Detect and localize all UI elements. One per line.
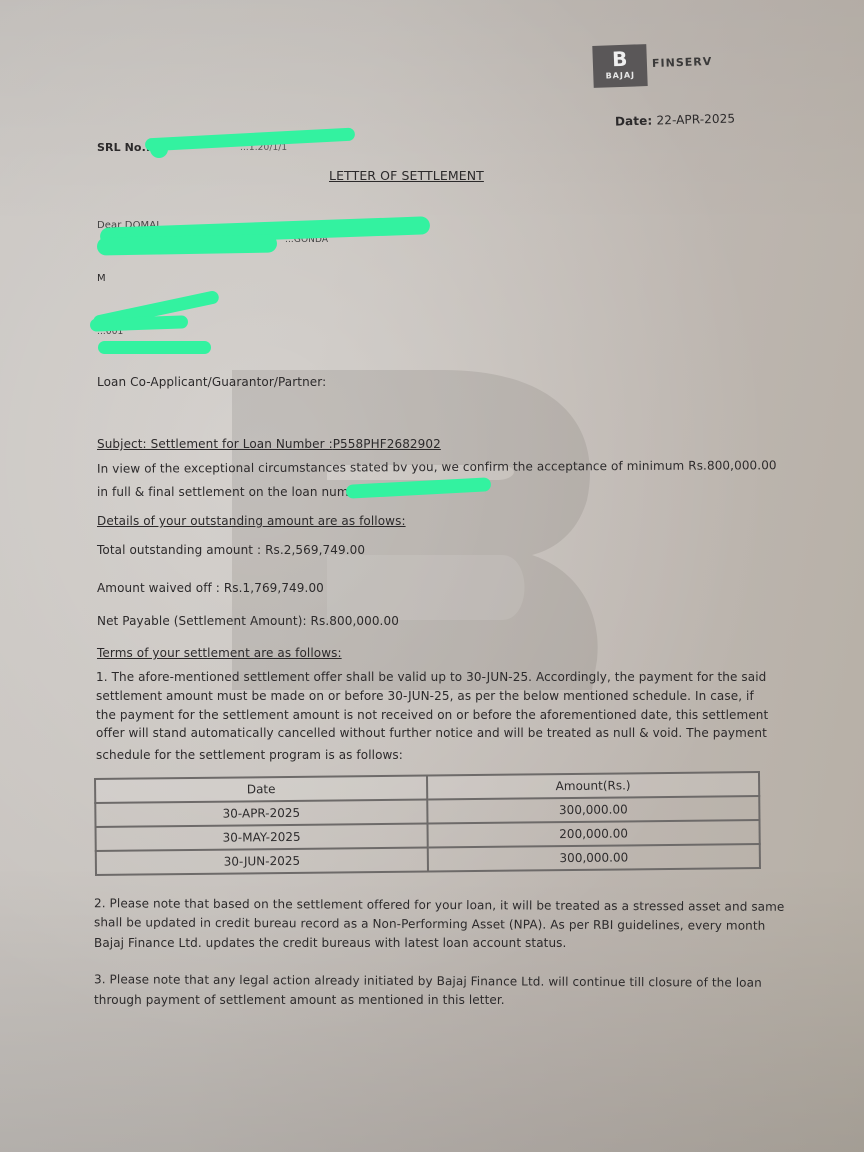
term1-line-1: 1. The afore-mentioned settlement offer … (96, 670, 766, 684)
row-date: 30-MAY-2025 (96, 824, 428, 851)
row-amount: 300,000.00 (427, 796, 759, 823)
term2-line-1: 2. Please note that based on the settlem… (94, 896, 785, 914)
date-value: 22-APR-2025 (656, 111, 735, 127)
row-date: 30-APR-2025 (95, 800, 427, 827)
redaction-address-5 (98, 341, 211, 354)
details-heading: Details of your outstanding amount are a… (97, 514, 406, 528)
term2-line-3: Bajaj Finance Ltd. updates the credit bu… (94, 936, 566, 950)
loan-number: P558PHF2682902 (333, 437, 441, 451)
row-date: 30-JUN-2025 (96, 848, 428, 875)
amount-waived: Amount waived off : Rs.1,769,749.00 (97, 581, 324, 595)
total-outstanding: Total outstanding amount : Rs.2,569,749.… (97, 543, 365, 557)
logo-b-icon: B (592, 46, 647, 72)
payment-schedule-table: Date Amount(Rs.) 30-APR-2025 300,000.00 … (94, 771, 761, 876)
addressee-line3: M (97, 273, 106, 284)
finserv-wordmark: FINSERV (652, 55, 713, 70)
logo-bajaj-text: BAJAJ (593, 70, 647, 81)
term3-line-1: 3. Please note that any legal action alr… (94, 972, 762, 989)
term1-line-5: schedule for the settlement program is a… (96, 748, 403, 762)
intro-line-1: In view of the exceptional circumstances… (97, 458, 777, 476)
page-title: LETTER OF SETTLEMENT (329, 168, 484, 183)
subject-line: Subject: Settlement for Loan Number :P55… (97, 437, 441, 451)
date-label: Date: (615, 114, 653, 129)
letter-date: Date: 22-APR-2025 (615, 111, 735, 128)
net-payable: Net Payable (Settlement Amount): Rs.800,… (97, 614, 399, 628)
row-amount: 200,000.00 (427, 820, 759, 847)
term1-line-3: the payment for the settlement amount is… (96, 708, 768, 722)
redaction-address-4 (90, 315, 188, 331)
terms-heading: Terms of your settlement are as follows: (97, 646, 342, 660)
term1-line-2: settlement amount must be made on or bef… (96, 689, 754, 703)
bajaj-b-watermark-icon (232, 370, 612, 690)
term1-line-4: offer will stand automatically cancelled… (96, 726, 767, 740)
term2-line-2: shall be updated in credit bureau record… (94, 915, 765, 933)
redaction-srl-dot (150, 140, 168, 158)
intro-line-2: in full & final settlement on the loan n… (97, 485, 369, 499)
subject-label: Subject: Settlement for Loan Number : (97, 437, 333, 451)
header-amount: Amount(Rs.) (427, 772, 759, 799)
co-applicant-label: Loan Co-Applicant/Guarantor/Partner: (97, 375, 326, 389)
header-date: Date (95, 776, 427, 803)
row-amount: 300,000.00 (428, 844, 760, 871)
srl-number-label: SRL No.: (97, 141, 150, 154)
bajaj-logo: B BAJAJ (592, 44, 647, 88)
redaction-address-2 (97, 234, 277, 255)
letter-page: B BAJAJ FINSERV Date: 22-APR-2025 SRL No… (0, 0, 864, 1152)
term3-line-2: through payment of settlement amount as … (94, 993, 505, 1007)
